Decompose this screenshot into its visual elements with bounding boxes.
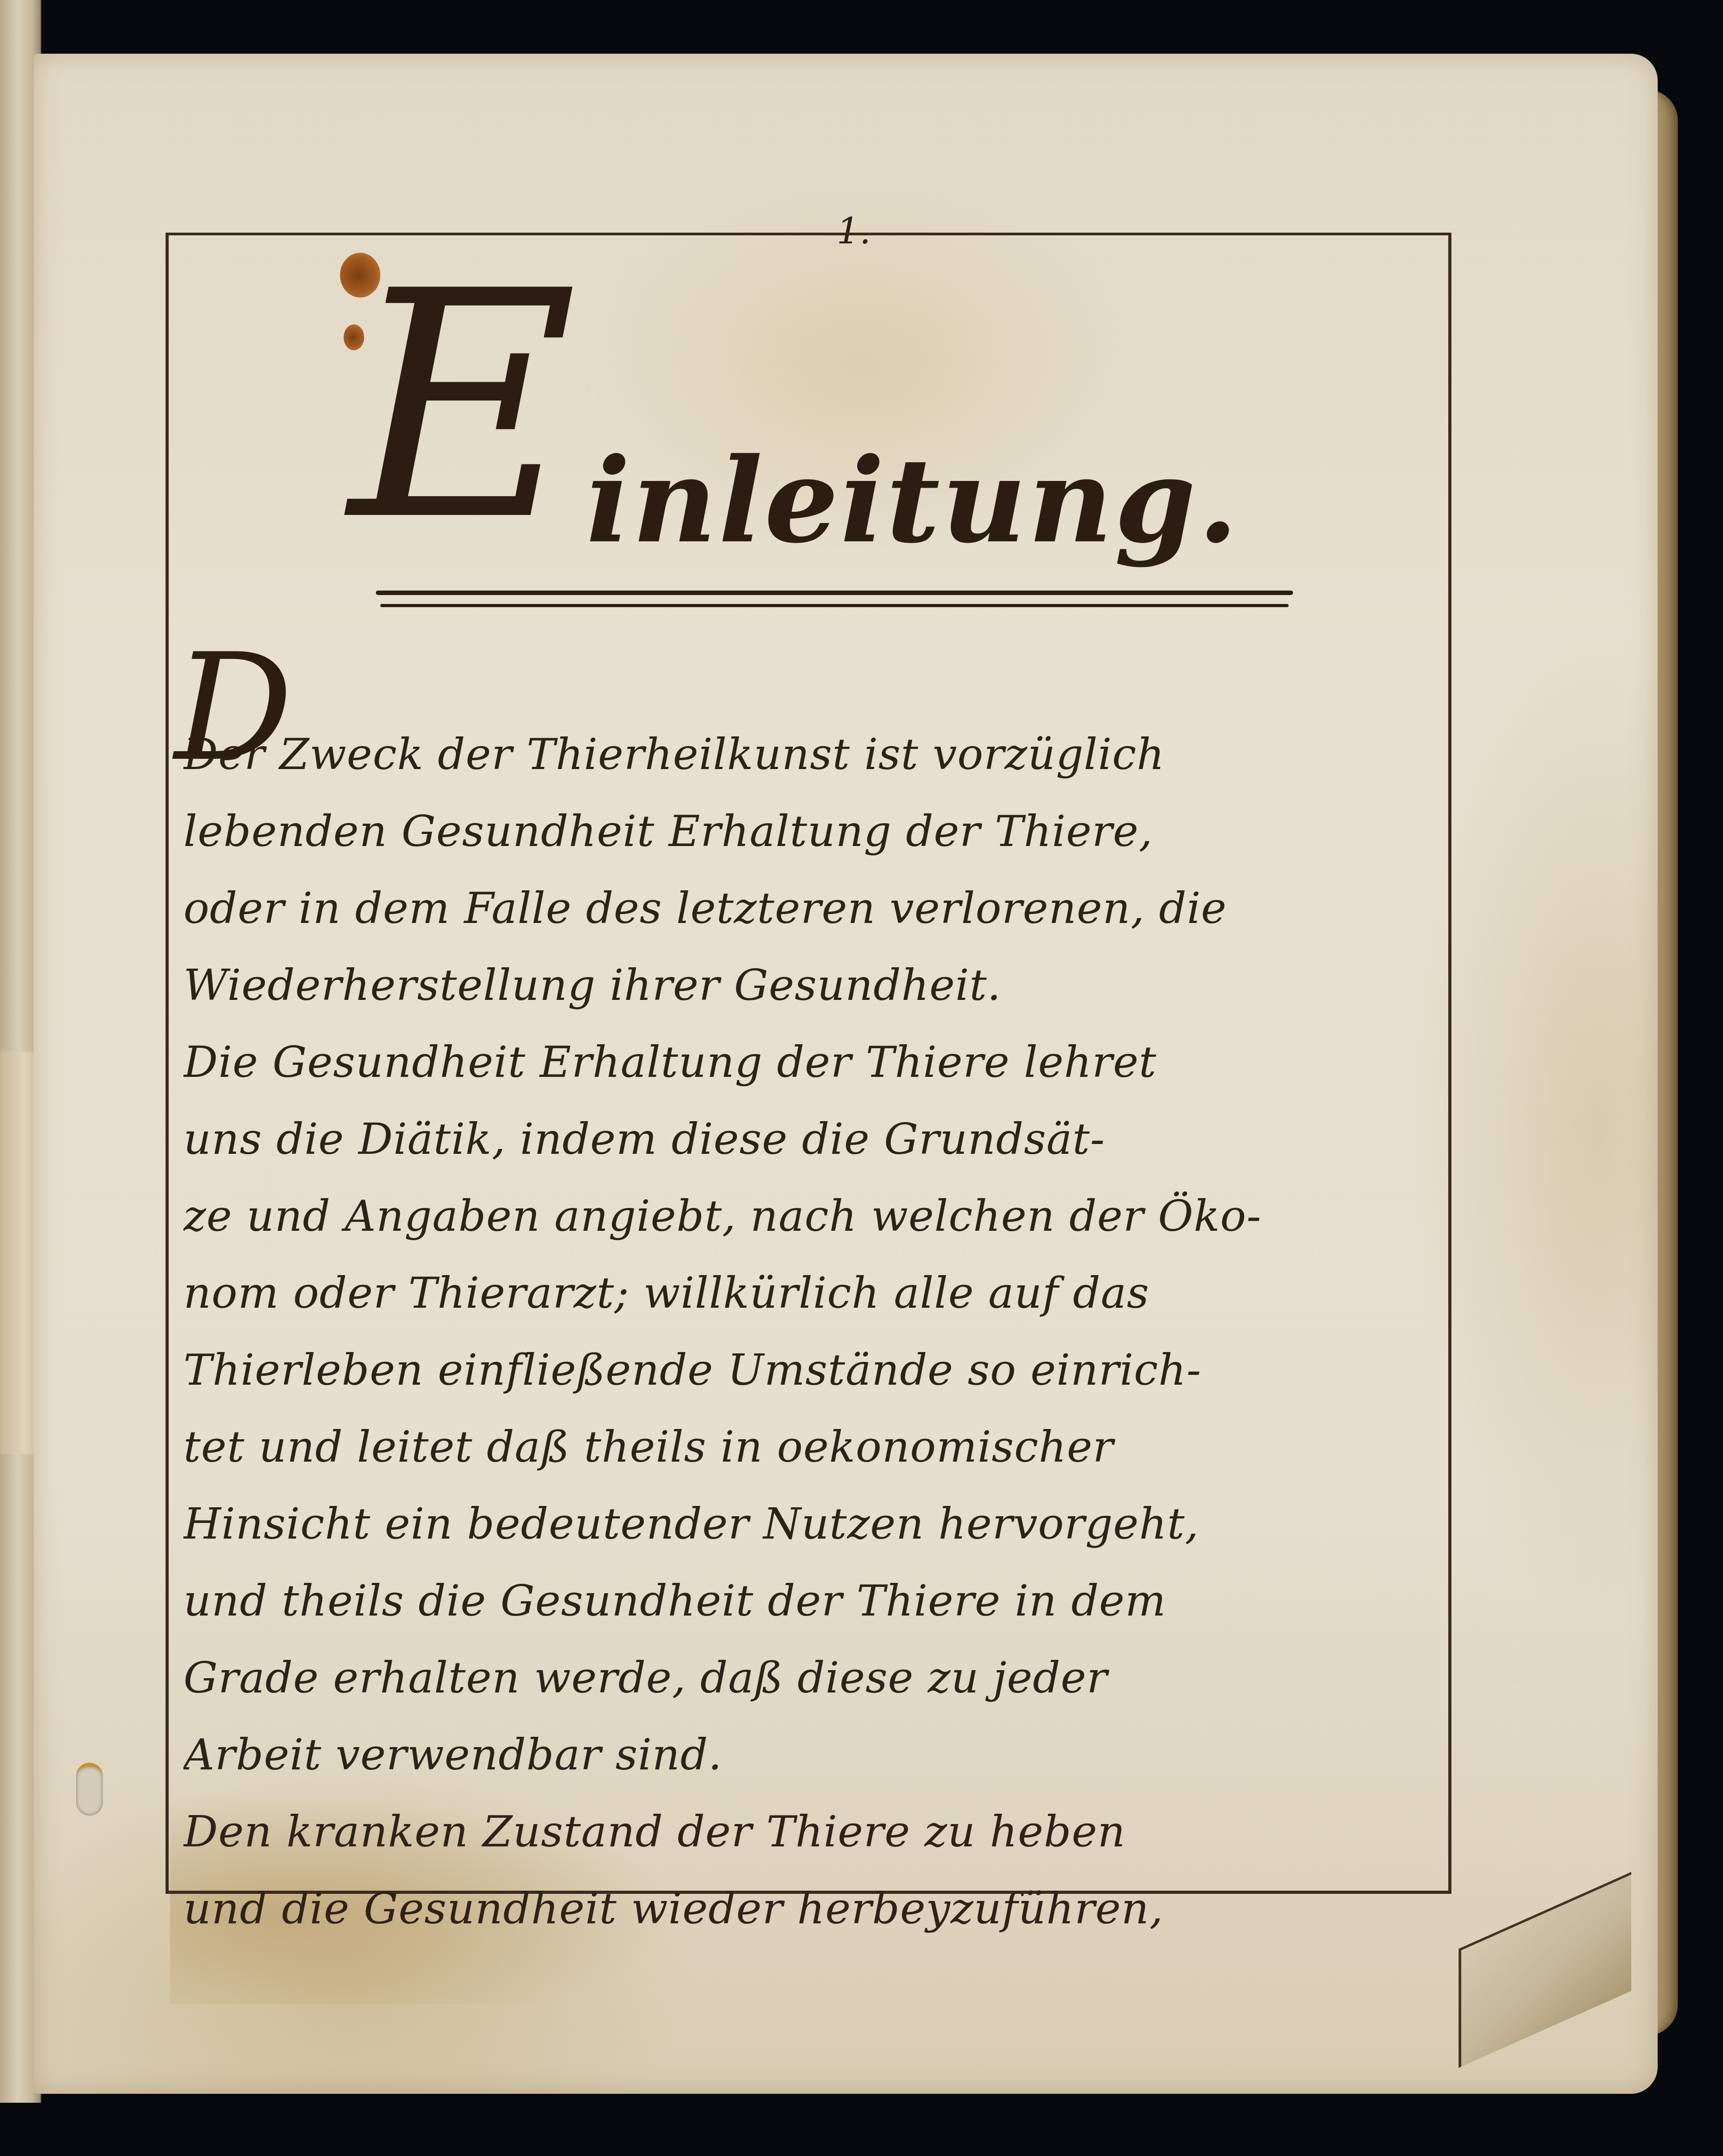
- text-line: Grade erhalten werde, daß diese zu jeder: [183, 1639, 1432, 1716]
- text-line: oder in dem Falle des letzteren verloren…: [183, 870, 1432, 947]
- text-line: und die Gesundheit wieder herbeyzuführen…: [183, 1870, 1432, 1947]
- text-line: nom oder Thierarzt; willkürlich alle auf…: [183, 1254, 1432, 1331]
- manuscript-body: D Der Zweck der Thierheilkunst ist vorzü…: [183, 716, 1432, 1947]
- heading-initial-letter: E: [349, 251, 578, 564]
- text-line: tet und leitet daß theils in oekonomisch…: [183, 1408, 1432, 1485]
- text-line: und theils die Gesundheit der Thiere in …: [183, 1562, 1432, 1639]
- text-line: Die Gesundheit Erhaltung der Thiere lehr…: [183, 1024, 1432, 1101]
- heading-underline: [376, 591, 1293, 595]
- text-line: Wiederherstellung ihrer Gesundheit.: [183, 947, 1432, 1024]
- text-line: ze und Angaben angiebt, nach welchen der…: [183, 1178, 1432, 1254]
- heading-underline-second: [380, 604, 1289, 607]
- text-line: Arbeit verwendbar sind.: [183, 1716, 1432, 1793]
- sewing-hole: [76, 1763, 103, 1816]
- text-line: Der Zweck der Thierheilkunst ist vorzügl…: [183, 716, 1432, 793]
- decorative-flourish: D: [174, 622, 293, 794]
- chapter-heading: E inleitung.: [349, 251, 1378, 617]
- text-line: Hinsicht ein bedeutender Nutzen hervorge…: [183, 1485, 1432, 1562]
- text-line: Den kranken Zustand der Thiere zu heben: [183, 1793, 1432, 1870]
- text-line: Thierleben einfließende Umstände so einr…: [183, 1331, 1432, 1408]
- text-line: lebenden Gesundheit Erhaltung der Thiere…: [183, 793, 1432, 870]
- text-line: uns die Diätik, indem diese die Grundsät…: [183, 1101, 1432, 1178]
- heading-text: inleitung.: [586, 443, 1240, 559]
